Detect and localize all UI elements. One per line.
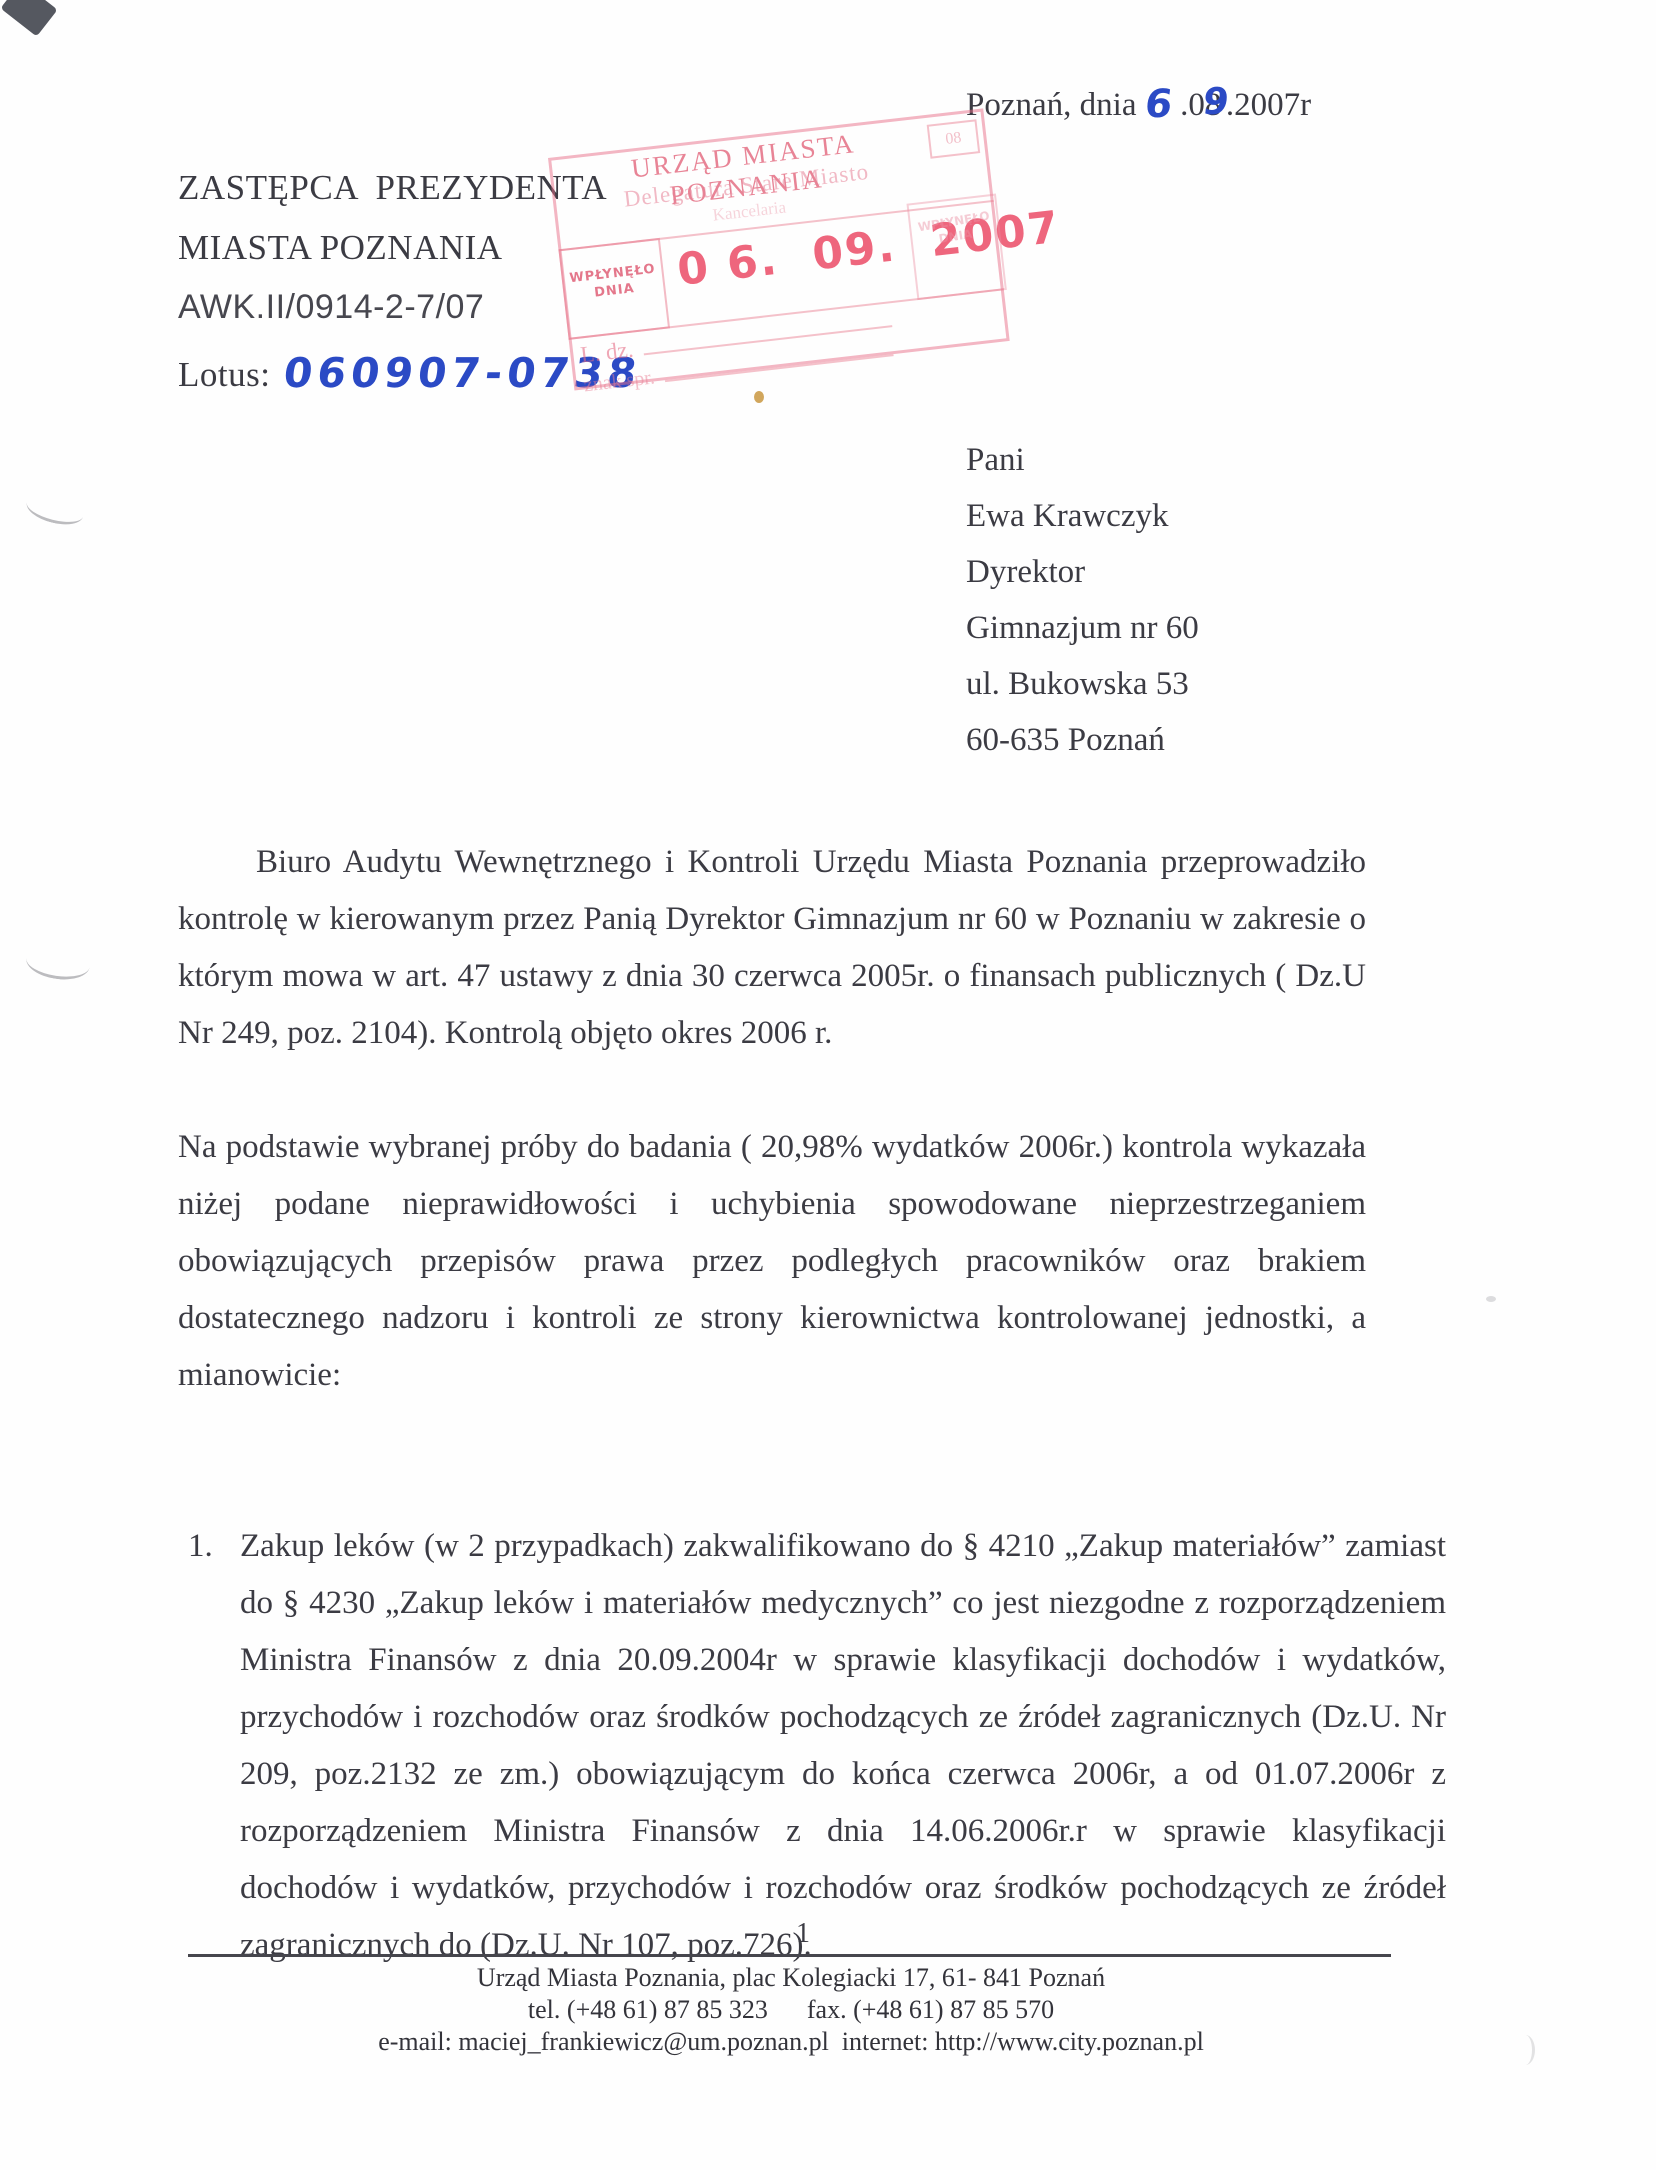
- paragraph-findings-summary: Na podstawie wybranej próby do badania (…: [178, 1119, 1366, 1404]
- finding-item-1: 1. Zakup leków (w 2 przypadkach) zakwali…: [178, 1518, 1446, 1974]
- finding-number: 1.: [188, 1518, 213, 1575]
- letter-body: Biuro Audytu Wewnętrznego i Kontroli Urz…: [178, 834, 1446, 1974]
- scan-artifact-arc: [24, 489, 87, 529]
- date-line: Poznań, dnia 6 .089.2007r: [966, 80, 1311, 125]
- stamp-corner-code: 08: [927, 119, 981, 158]
- footer-rule: [188, 1954, 1391, 1957]
- scan-artifact-dot: [1486, 1296, 1496, 1302]
- recipient-institution: Gimnazjum nr 60: [966, 610, 1199, 666]
- recipient-name: Ewa Krawczyk: [966, 498, 1199, 554]
- footer-tel-fax: tel. (+48 61) 87 85 323 fax. (+48 61) 87…: [186, 1994, 1396, 2026]
- handwritten-day-digit: 6: [1142, 82, 1175, 127]
- footer-block: Urząd Miasta Poznania, plac Kolegiacki 1…: [186, 1962, 1396, 2058]
- scan-artifact-dot: [754, 391, 764, 403]
- scan-artifact-mark: [1516, 2035, 1535, 2065]
- recipient-city: 60-635 Poznań: [966, 722, 1199, 778]
- footer-address: Urząd Miasta Poznania, plac Kolegiacki 1…: [186, 1962, 1396, 1994]
- page-number: 1: [796, 1918, 810, 1950]
- scan-artifact-arc: [24, 942, 92, 984]
- intake-stamp: URZĄD MIASTA POZNANIA Delegatura Stare M…: [548, 108, 1010, 390]
- lotus-label: Lotus:: [178, 355, 270, 394]
- stamp-received-box: WPŁYNĘŁO DNIA: [558, 238, 670, 340]
- stamp-ldz-label: L. dz.: [579, 337, 635, 368]
- finding-text: Zakup leków (w 2 przypadkach) zakwalifik…: [240, 1528, 1446, 1963]
- date-prefix: Poznań, dnia: [966, 87, 1145, 123]
- recipient-block: Pani Ewa Krawczyk Dyrektor Gimnazjum nr …: [966, 442, 1199, 778]
- overstruck-month-digit: 89: [1205, 87, 1226, 124]
- scan-artifact-corner: [0, 0, 57, 37]
- recipient-salutation: Pani: [966, 442, 1199, 498]
- scanned-letter-page: Poznań, dnia 6 .089.2007r ZASTĘPCA PREZY…: [0, 0, 1656, 2170]
- footer-email-web: e-mail: maciej_frankiewicz@um.poznan.pl …: [186, 2026, 1396, 2058]
- date-suffix: .2007r: [1226, 87, 1311, 123]
- stamp-secondary-received-box: WPŁYNĘŁO DNIA: [906, 194, 1006, 301]
- recipient-street: ul. Bukowska 53: [966, 666, 1199, 722]
- recipient-title: Dyrektor: [966, 554, 1199, 610]
- handwritten-month-digit: 9: [1200, 80, 1231, 123]
- paragraph-intro: Biuro Audytu Wewnętrznego i Kontroli Urz…: [178, 834, 1366, 1062]
